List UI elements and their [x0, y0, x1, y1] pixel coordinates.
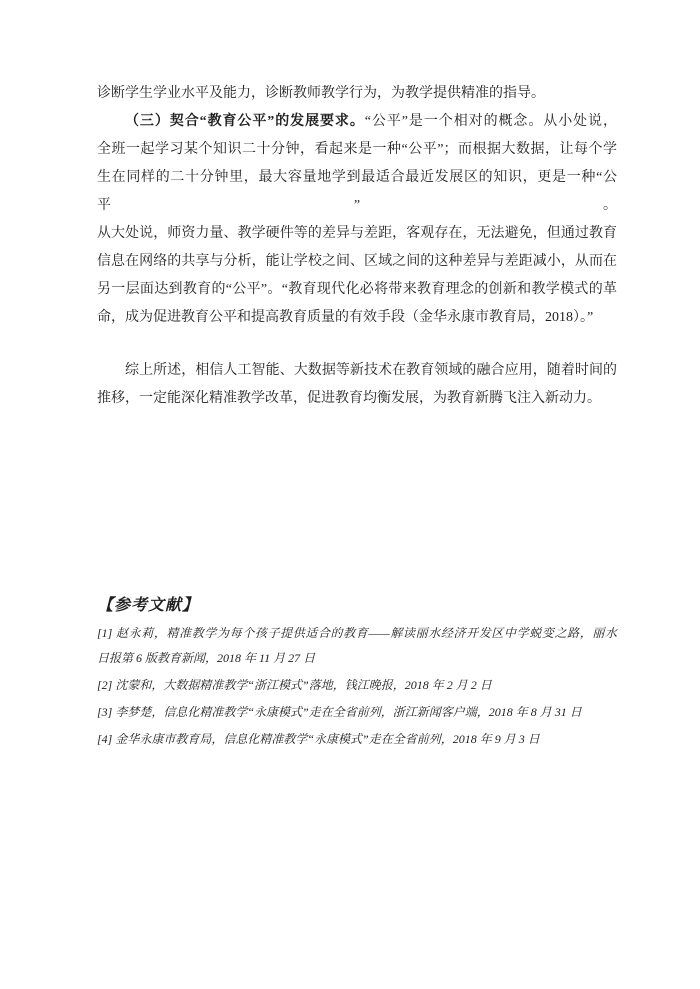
reference-1-line-1: [1] 赵永莉，精准教学为每个孩子提供适合的教育——解读丽水经济开发区中学蜕变之…	[97, 621, 617, 646]
fairness-line-last: 命，成为促进教育公平和提高教育质量的有效手段（金华永康市教育局，2018）。”	[97, 304, 617, 332]
reference-2-line: [2] 沈蒙和，大数据精准教学“浙江模式”落地，钱江晚报，2018 年 2 月 …	[97, 673, 617, 698]
paragraph-education-fairness: （三）契合“教育公平”的发展要求。“公平”是一个相对的概念。从小处说， 全班一起…	[97, 108, 617, 332]
references-heading: 【参考文献】	[97, 595, 617, 617]
body-text-block: 诊断学生学业水平及能力，诊断教师教学行为，为教学提供精准的指导。 （三）契合“教…	[97, 80, 617, 413]
fairness-line: 信息在网络的共享与分析，能让学校之间、区域之间的这种差异与差距减小，从而在	[97, 248, 617, 276]
reference-item-3: [3] 李梦楚，信息化精准教学“永康模式”走在全省前列，浙江新闻客户端，2018…	[97, 700, 617, 725]
reference-1-line-2: 日报第 6 版教育新闻，2018 年 11 月 27 日	[97, 646, 617, 671]
reference-4-line: [4] 金华永康市教育局，信息化精准教学“永康模式”走在全省前列，2018 年 …	[97, 727, 617, 752]
fairness-section-heading: （三）契合“教育公平”的发展要求。	[125, 114, 365, 129]
reference-3-line: [3] 李梦楚，信息化精准教学“永康模式”走在全省前列，浙江新闻客户端，2018…	[97, 700, 617, 725]
conclusion-line-last: 推移，一定能深化精准教学改革，促进教育均衡发展，为教育新腾飞注入新动力。	[97, 385, 617, 413]
reference-item-2: [2] 沈蒙和，大数据精准教学“浙江模式”落地，钱江晚报，2018 年 2 月 …	[97, 673, 617, 698]
fairness-heading-line-rest: “公平”是一个相对的概念。从小处说，	[365, 114, 617, 129]
reference-item-4: [4] 金华永康市教育局，信息化精准教学“永康模式”走在全省前列，2018 年 …	[97, 727, 617, 752]
reference-item-1: [1] 赵永莉，精准教学为每个孩子提供适合的教育——解读丽水经济开发区中学蜕变之…	[97, 621, 617, 671]
fairness-line: 生在同样的二十分钟里，最大容量地学到最适合最近发展区的知识，更是一种“公平”。	[97, 164, 617, 220]
references-section: 【参考文献】 [1] 赵永莉，精准教学为每个孩子提供适合的教育——解读丽水经济开…	[97, 595, 617, 754]
fairness-line: 另一层面达到教育的“公平”。“教育现代化必将带来教育理念的创新和教学模式的革	[97, 276, 617, 304]
fairness-heading-line: （三）契合“教育公平”的发展要求。“公平”是一个相对的概念。从小处说，	[97, 108, 617, 136]
document-page: 诊断学生学业水平及能力，诊断教师教学行为，为教学提供精准的指导。 （三）契合“教…	[0, 0, 700, 989]
paragraph-conclusion: 综上所述，相信人工智能、大数据等新技术在教育领域的融合应用，随着时间的 推移，一…	[97, 357, 617, 413]
paragraph-continuation-line: 诊断学生学业水平及能力，诊断教师教学行为，为教学提供精准的指导。	[97, 80, 617, 108]
conclusion-line: 综上所述，相信人工智能、大数据等新技术在教育领域的融合应用，随着时间的	[97, 357, 617, 385]
fairness-line: 全班一起学习某个知识二十分钟，看起来是一种“公平”；而根据大数据，让每个学	[97, 136, 617, 164]
fairness-line: 从大处说，师资力量、教学硬件等的差异与差距，客观存在，无法避免，但通过教育	[97, 220, 617, 248]
